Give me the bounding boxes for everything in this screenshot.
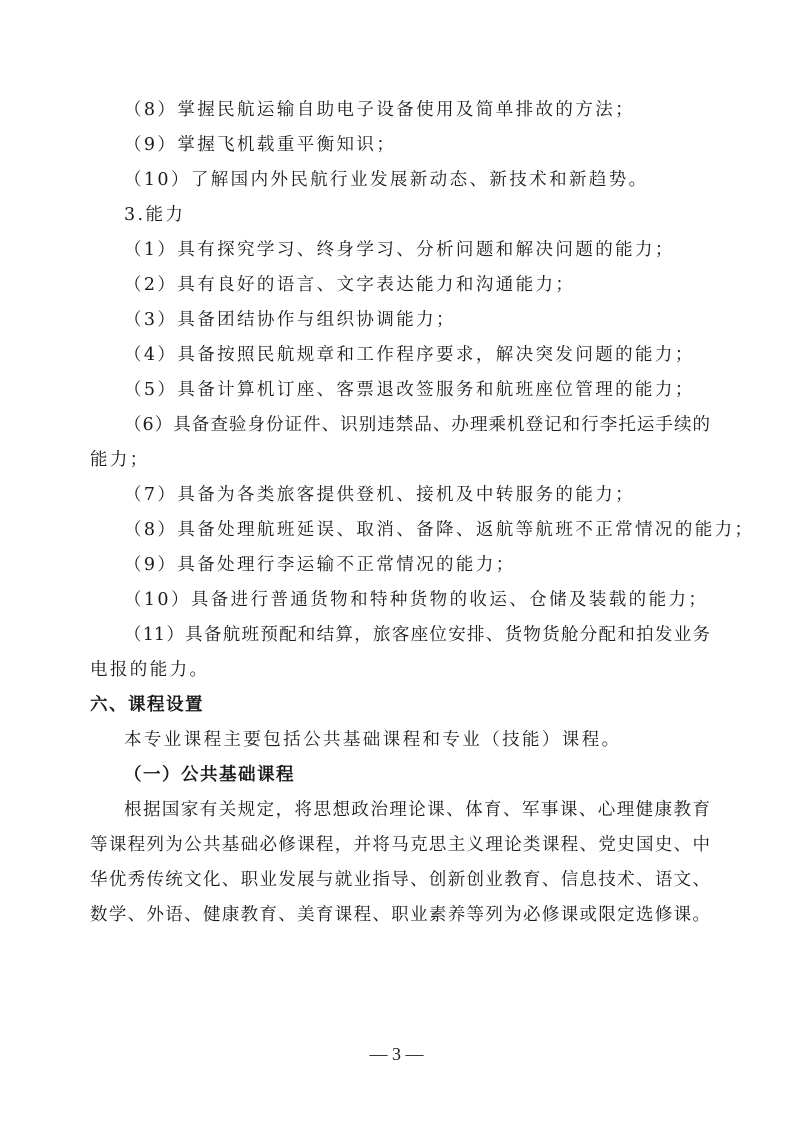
knowledge-item-8: （8）掌握民航运输自助电子设备使用及简单排故的方法； [124, 98, 744, 122]
public-courses-paragraph-line-4: 数学、外语、健康教育、美育课程、职业素养等列为必修课或限定选修课。 [90, 903, 710, 927]
subsection-heading-public-courses: （一）公共基础课程 [124, 763, 744, 787]
public-courses-paragraph-line-3: 华优秀传统文化、职业发展与就业指导、创新创业教育、信息技术、语文、 [90, 868, 710, 892]
ability-item-6-continued: 能力； [90, 448, 710, 472]
ability-item-6: （6）具备查验身份证件、识别违禁品、办理乘机登记和行李托运手续的 [124, 413, 710, 437]
ability-item-8: （8）具备处理航班延误、取消、备降、返航等航班不正常情况的能力； [124, 518, 744, 542]
ability-item-9: （9）具备处理行李运输不正常情况的能力； [124, 553, 744, 577]
document-page: （8）掌握民航运输自助电子设备使用及简单排故的方法； （9）掌握飞机载重平衡知识… [0, 0, 793, 1122]
ability-item-11-continued: 电报的能力。 [90, 658, 710, 682]
ability-item-5: （5）具备计算机订座、客票退改签服务和航班座位管理的能力； [124, 378, 744, 402]
public-courses-paragraph-line-2: 等课程列为公共基础必修课程，并将马克思主义理论类课程、党史国史、中 [90, 833, 710, 857]
knowledge-item-10: （10）了解国内外民航行业发展新动态、新技术和新趋势。 [124, 168, 744, 192]
public-courses-paragraph-line-1: 根据国家有关规定，将思想政治理论课、体育、军事课、心理健康教育 [124, 798, 710, 822]
knowledge-item-9: （9）掌握飞机载重平衡知识； [124, 133, 744, 157]
ability-item-2: （2）具有良好的语言、文字表达能力和沟通能力； [124, 273, 744, 297]
ability-item-3: （3）具备团结协作与组织协调能力； [124, 308, 744, 332]
ability-item-1: （1）具有探究学习、终身学习、分析问题和解决问题的能力； [124, 238, 744, 262]
section-heading-ability: 3.能力 [124, 203, 744, 227]
ability-item-4: （4）具备按照民航规章和工作程序要求，解决突发问题的能力； [124, 343, 744, 367]
curriculum-intro: 本专业课程主要包括公共基础课程和专业（技能）课程。 [124, 728, 744, 752]
ability-item-11: （11）具备航班预配和结算，旅客座位安排、货物货舱分配和拍发业务 [124, 623, 710, 647]
ability-item-7: （7）具备为各类旅客提供登机、接机及中转服务的能力； [124, 483, 744, 507]
ability-item-10: （10）具备进行普通货物和特种货物的收运、仓储及装载的能力； [124, 588, 744, 612]
page-number: — 3 — [0, 1044, 793, 1065]
section-heading-curriculum: 六、课程设置 [90, 693, 710, 717]
